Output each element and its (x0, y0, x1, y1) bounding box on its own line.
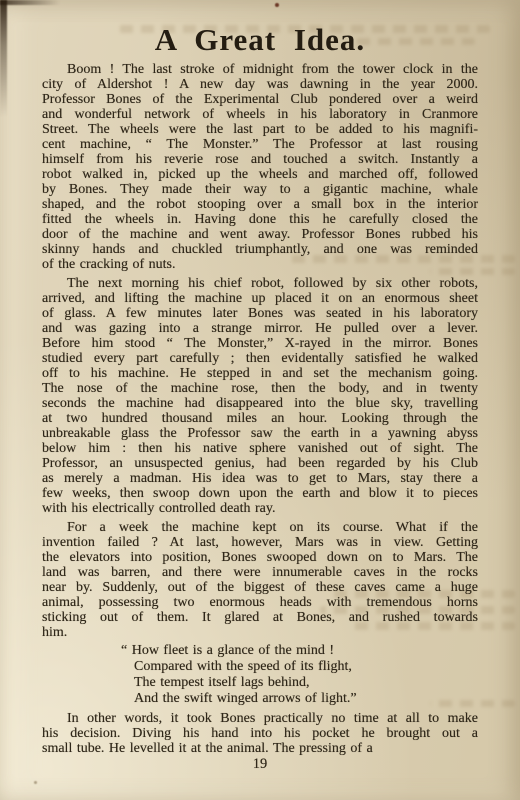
page-number: 19 (0, 756, 520, 773)
text-line: unbreakable glass the Professor saw the … (42, 426, 478, 441)
text-line: city of Aldershot ! A new day was dawnin… (42, 77, 478, 92)
text-line: The nose of the machine rose, then the b… (42, 381, 478, 396)
text-line: invention failed ? At last, however, Mar… (42, 535, 478, 550)
text-line: by Bones. They made their way to a gigan… (42, 182, 478, 197)
text-line: with his electrically controlled death r… (42, 501, 478, 516)
text-block: Boom ! The last stroke of midnight from … (42, 62, 478, 756)
text-line: Professor Bones of the Experimental Club… (42, 92, 478, 107)
text-line: small tube. He levelled it at the animal… (42, 741, 478, 756)
text-line: arrived, and lifting the machine up plac… (42, 291, 478, 306)
text-line: at two hundred thousand miles an hour. L… (42, 411, 478, 426)
paragraph-2: The next morning his chief robot, follow… (42, 276, 478, 516)
paragraph-3: For a week the machine kept on its cours… (42, 520, 478, 640)
text-line: Boom ! The last stroke of midnight from … (42, 62, 478, 77)
text-line: robot walked in, picked up the wheels an… (42, 167, 478, 182)
scanned-book-page: A Great Idea. Boom ! The last stroke of … (0, 0, 520, 800)
text-line: and wonderful network of wheels in his l… (42, 107, 478, 122)
text-line: For a week the machine kept on its cours… (42, 520, 478, 535)
text-line: Street. The wheels were the last part to… (42, 122, 478, 137)
text-line: The tempest itself lags behind, (134, 675, 478, 691)
text-line: of the cracking of nuts. (42, 257, 478, 272)
text-line: studied every part carefully ; then evid… (42, 351, 478, 366)
page-edge-shadow (0, 0, 7, 130)
page-edge-shadow (0, 0, 60, 5)
text-line: his decision. Diving his hand into his p… (42, 726, 478, 741)
text-line: few weeks, then swoop down upon the eart… (42, 486, 478, 501)
text-line: fitted the wheels in. Having done this h… (42, 212, 478, 227)
poem-quote: “ How fleet is a glance of the mind !Com… (134, 643, 478, 707)
text-line: Professor, an unsuspected genius, had be… (42, 456, 478, 471)
text-line: below him : then his native sphere vanis… (42, 441, 478, 456)
text-line: off to his machine. He stepped in and se… (42, 366, 478, 381)
text-line: the elevators into position, Bones swoop… (42, 550, 478, 565)
page-title: A Great Idea. (0, 22, 520, 58)
text-line: shaped, and the robot stooping over a sm… (42, 197, 478, 212)
text-line: him. (42, 625, 478, 640)
text-line: himself from his reverie rose and touche… (42, 152, 478, 167)
text-line: as merely a madman. His idea was to get … (42, 471, 478, 486)
text-line: of glass. A few minutes later Bones was … (42, 306, 478, 321)
text-line: In other words, it took Bones practicall… (42, 711, 478, 726)
text-line: and was gazing into a strange mirror. He… (42, 321, 478, 336)
text-line: near by. Suddenly, out of the biggest of… (42, 580, 478, 595)
text-line: land was barren, and there were innumera… (42, 565, 478, 580)
paragraph-1: Boom ! The last stroke of midnight from … (42, 62, 478, 272)
closing-paragraph: In other words, it took Bones practicall… (42, 711, 478, 756)
text-line: seconds the machine had disappeared into… (42, 396, 478, 411)
ink-speck (275, 3, 279, 7)
text-line: Compared with the speed of its flight, (134, 659, 478, 675)
text-line: sticking out of them. It glared at Bones… (42, 610, 478, 625)
ink-speck (34, 781, 37, 784)
text-line: Before him stood “ The Monster,” X-rayed… (42, 336, 478, 351)
text-line: “ How fleet is a glance of the mind ! (134, 643, 478, 659)
text-line: door of the machine and went away. Profe… (42, 227, 478, 242)
text-line: animal, possessing two enormous heads wi… (42, 595, 478, 610)
text-line: And the swift winged arrows of light.” (134, 691, 478, 707)
text-line: The next morning his chief robot, follow… (42, 276, 478, 291)
text-line: cent machine, “ The Monster.” The Profes… (42, 137, 478, 152)
text-line: skinny hands and chuckled triumphantly, … (42, 242, 478, 257)
